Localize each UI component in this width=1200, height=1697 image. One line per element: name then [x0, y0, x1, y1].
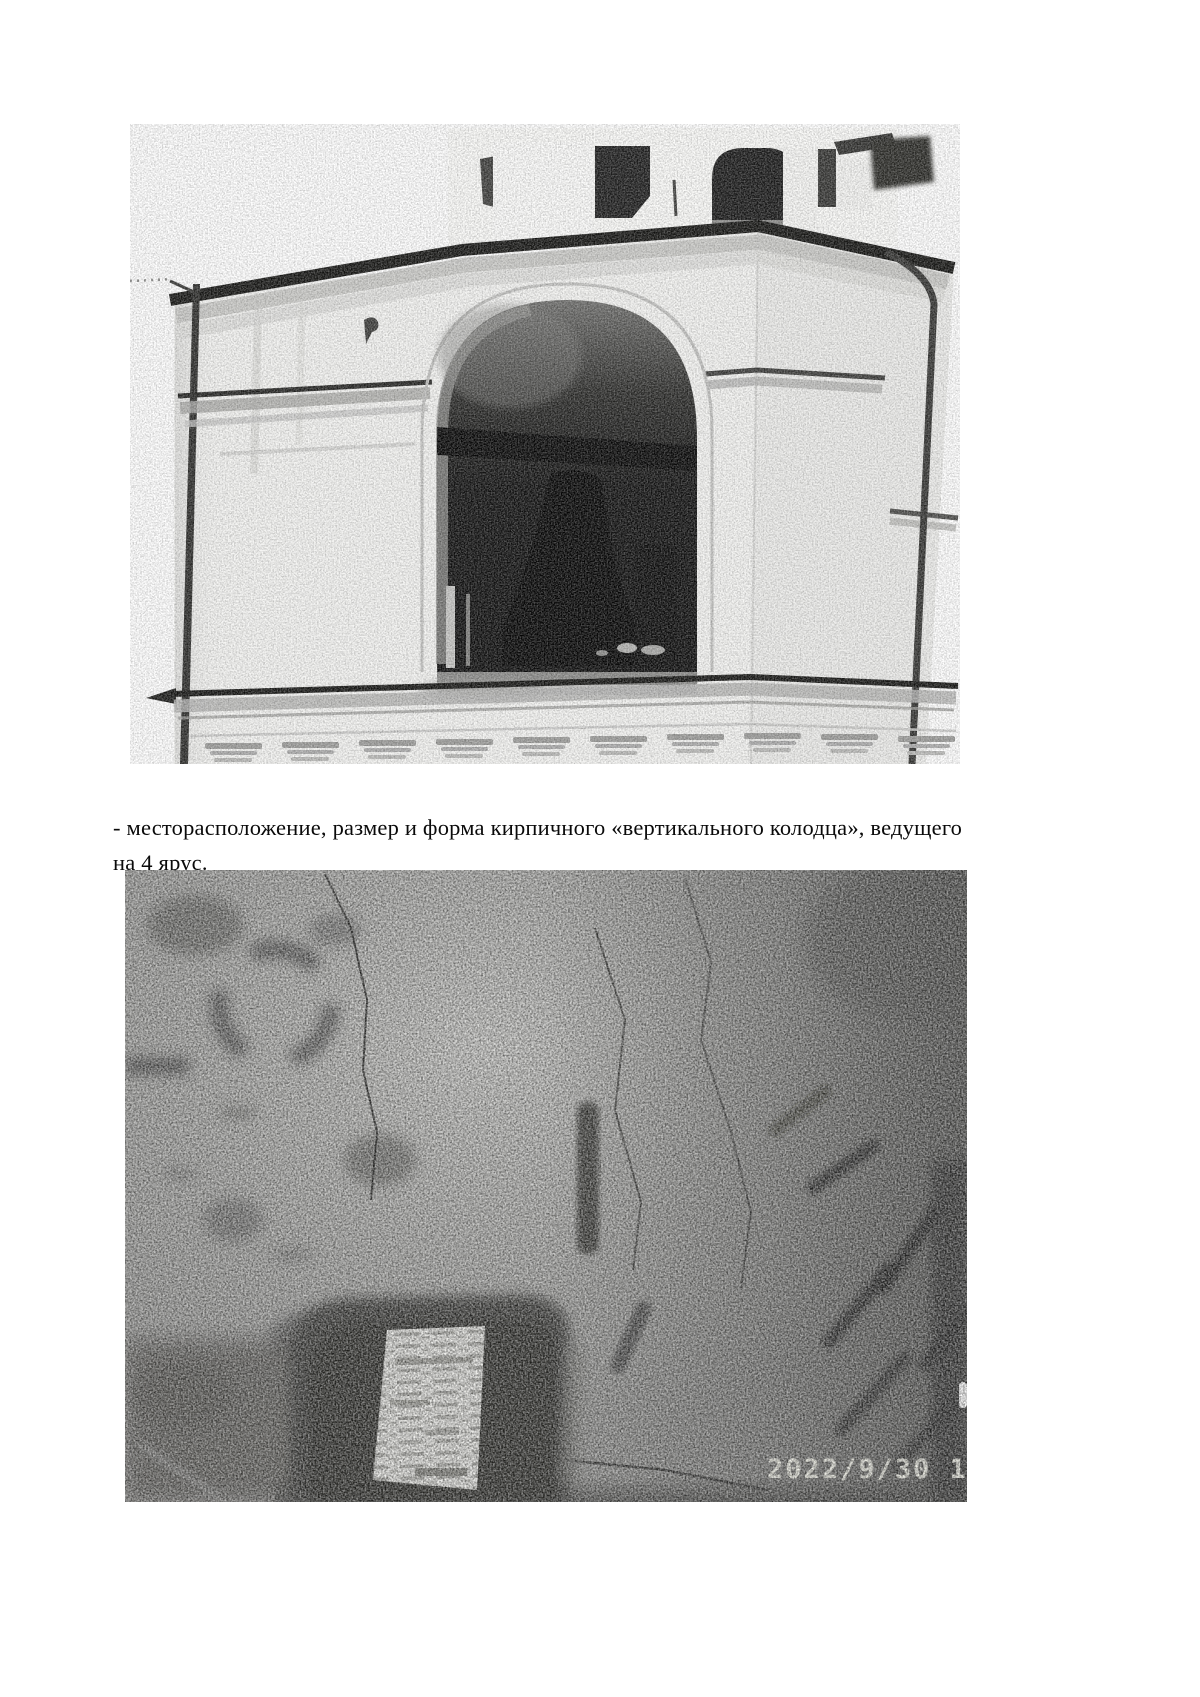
grain-overlay-light: [125, 870, 967, 1502]
grain-overlay-light: [130, 124, 960, 764]
interior-photo: 2022/9/30 13:07: [125, 870, 967, 1502]
interior-photo-canvas: 2022/9/30 13:07: [125, 870, 967, 1502]
belfry-photo-canvas: [130, 124, 960, 764]
caption-line-1: - месторасположение, размер и форма кирп…: [113, 810, 1003, 845]
belfry-photo: [130, 124, 960, 764]
